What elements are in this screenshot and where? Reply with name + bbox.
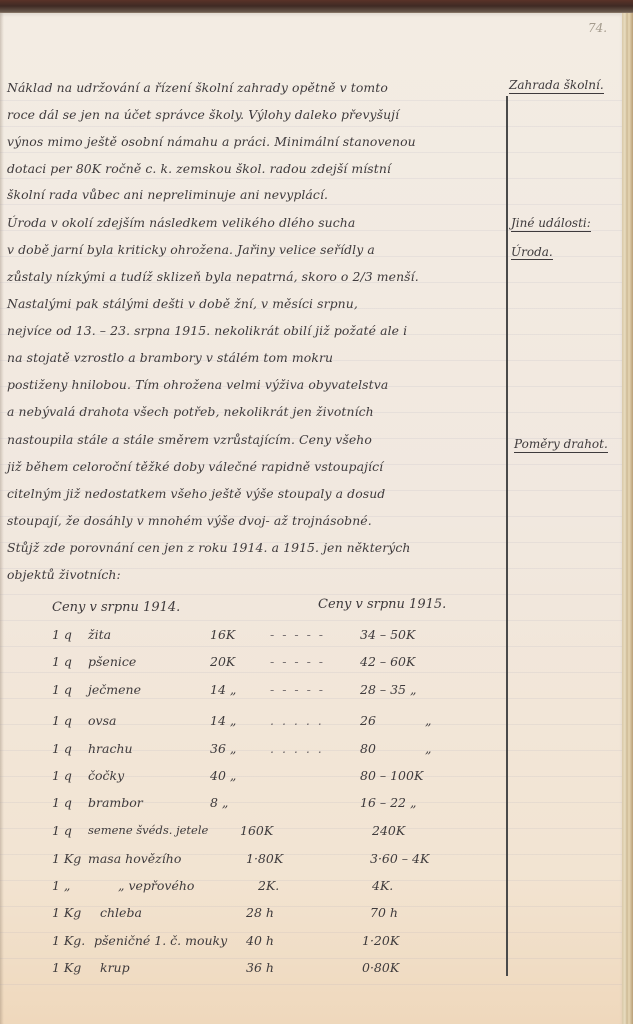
body-line: roce dál se jen na účet správce školy. V… <box>7 107 399 122</box>
price-row: 1 q žita 16K - - - - - 34 – 50K <box>0 627 500 649</box>
row-quantity: 1 Kg <box>52 905 81 920</box>
row-ditto-mark: „ <box>425 713 431 728</box>
margin-note-jine-udalosti: Jiné události: <box>511 216 591 232</box>
row-price-1915: 80 – 100K <box>360 768 423 783</box>
price-row: 1 Kg chleba 28 h 70 h <box>0 905 500 927</box>
body-line: již během celoroční těžké doby válečné r… <box>7 459 383 474</box>
page-number: 74. <box>588 21 607 35</box>
row-price-1915: 80 <box>360 741 376 756</box>
row-price-1914: 14 „ <box>210 682 236 697</box>
row-quantity: 1 q <box>52 768 72 783</box>
body-line: Stůjž zde porovnání cen jen z roku 1914.… <box>7 540 411 555</box>
body-line: Náklad na udržování a řízení školní zahr… <box>7 80 388 95</box>
body-line: Nastalými pak stálými dešti v době žní, … <box>7 296 358 311</box>
price-row: 1 Kg. pšeničné 1. č. mouky 40 h 1·20K <box>0 933 500 955</box>
row-price-1914: 1·80K <box>246 851 283 866</box>
price-row: 1 q hrachu 36 „ . . . . . 80 „ <box>0 741 500 763</box>
price-header-1914: Ceny v srpnu 1914. <box>52 600 180 615</box>
row-item: ječmene <box>88 682 141 697</box>
row-quantity: 1 q <box>52 795 72 810</box>
row-leader: - - - - - <box>270 627 325 642</box>
row-item: semene švéds. jetele <box>88 823 208 837</box>
row-price-1915: 42 – 60K <box>360 654 415 669</box>
margin-rule <box>506 96 508 976</box>
row-item: krup <box>100 960 130 975</box>
row-quantity: 1 Kg. <box>52 933 85 948</box>
row-leader: . . . . . <box>270 741 324 756</box>
row-price-1915: 28 – 35 „ <box>360 682 416 697</box>
row-item: žita <box>88 627 111 642</box>
margin-note-zahrada: Zahrada školní. <box>509 78 604 94</box>
price-row: 1 q brambor 8 „ 16 – 22 „ <box>0 795 500 817</box>
row-quantity: 1 „ <box>52 878 70 893</box>
page-stack-edge <box>622 13 633 1024</box>
row-leader: - - - - - <box>270 654 325 669</box>
row-price-1914: 36 „ <box>210 741 236 756</box>
row-price-1914: 160K <box>240 823 273 838</box>
row-quantity: 1 q <box>52 823 72 838</box>
price-row: 1 q pšenice 20K - - - - - 42 – 60K <box>0 654 500 676</box>
row-price-1914: 14 „ <box>210 713 236 728</box>
body-line: nastoupila stále a stále směrem vzrůstaj… <box>7 432 372 447</box>
row-price-1914: 20K <box>210 654 235 669</box>
margin-note-uroda: Úroda. <box>511 245 553 260</box>
row-price-1915: 1·20K <box>362 933 399 948</box>
price-row: 1 q ovsa 14 „ . . . . . 26 „ <box>0 713 500 735</box>
body-line: a nebývalá drahota všech potřeb, nekolik… <box>7 404 374 419</box>
body-line: zůstaly nízkými a tudíž sklizeň byla nep… <box>7 269 419 284</box>
row-price-1914: 40 „ <box>210 768 236 783</box>
scanned-ledger-page: 74. Zahrada školní. Jiné události: Úroda… <box>0 0 633 1024</box>
row-price-1914: 8 „ <box>210 795 228 810</box>
row-ditto-mark: „ <box>425 741 431 756</box>
price-row: 1 Kg krup 36 h 0·80K <box>0 960 500 982</box>
row-price-1915: 26 <box>360 713 376 728</box>
row-price-1914: 40 h <box>246 933 274 948</box>
row-price-1915: 70 h <box>370 905 398 920</box>
row-leader: . . . . . <box>270 713 324 728</box>
row-quantity: 1 q <box>52 627 72 642</box>
row-quantity: 1 q <box>52 713 72 728</box>
row-quantity: 1 Kg <box>52 851 81 866</box>
price-row: 1 „ „ vepřového 2K. 4K. <box>0 878 500 900</box>
body-line: dotaci per 80K ročně c. k. zemskou škol.… <box>7 161 391 176</box>
price-header-1915: Ceny v srpnu 1915. <box>318 597 446 612</box>
row-quantity: 1 q <box>52 741 72 756</box>
body-line: na stojatě vzrostlo a brambory v stálém … <box>7 350 333 365</box>
body-line: postiženy hnilobou. Tím ohrožena velmi v… <box>7 377 388 392</box>
body-line: výnos mimo ještě osobní námahu a práci. … <box>7 134 416 149</box>
row-price-1915: 240K <box>372 823 405 838</box>
body-line: školní rada vůbec ani nepreliminuje ani … <box>7 187 328 202</box>
row-price-1915: 4K. <box>372 878 393 893</box>
row-price-1914: 28 h <box>246 905 274 920</box>
row-quantity: 1 q <box>52 654 72 669</box>
row-item: masa hovězího <box>88 851 181 866</box>
row-price-1914: 2K. <box>258 878 279 893</box>
row-item: pšenice <box>88 654 136 669</box>
row-item: čočky <box>88 768 124 783</box>
row-leader: - - - - - <box>270 682 325 697</box>
row-quantity: 1 Kg <box>52 960 81 975</box>
row-item: hrachu <box>88 741 133 756</box>
row-item: brambor <box>88 795 143 810</box>
row-item: pšeničné 1. č. mouky <box>94 933 227 948</box>
body-line: nejvíce od 13. – 23. srpna 1915. nekolik… <box>7 323 407 338</box>
row-quantity: 1 q <box>52 682 72 697</box>
row-price-1914: 36 h <box>246 960 274 975</box>
row-item: „ vepřového <box>118 878 194 893</box>
row-price-1915: 0·80K <box>362 960 399 975</box>
row-price-1914: 16K <box>210 627 235 642</box>
margin-note-pomery-drahot: Poměry drahot. <box>514 437 608 453</box>
body-line: citelným již nedostatkem všeho ještě výš… <box>7 486 385 501</box>
body-line: stoupají, že dosáhly v mnohém výše dvoj-… <box>7 513 372 528</box>
body-line: v době jarní byla kriticky ohrožena. Jař… <box>7 242 375 257</box>
price-row: 1 q čočky 40 „ 80 – 100K <box>0 768 500 790</box>
row-item: chleba <box>100 905 142 920</box>
row-price-1915: 34 – 50K <box>360 627 415 642</box>
price-row: 1 Kg masa hovězího 1·80K 3·60 – 4K <box>0 851 500 873</box>
row-item: ovsa <box>88 713 116 728</box>
price-row: 1 q ječmene 14 „ - - - - - 28 – 35 „ <box>0 682 500 704</box>
body-line: objektů životních: <box>7 567 121 582</box>
price-row: 1 q semene švéds. jetele 160K 240K <box>0 823 500 845</box>
row-price-1915: 16 – 22 „ <box>360 795 416 810</box>
row-price-1915: 3·60 – 4K <box>370 851 429 866</box>
body-line: Úroda v okolí zdejším následkem velikého… <box>7 215 355 230</box>
